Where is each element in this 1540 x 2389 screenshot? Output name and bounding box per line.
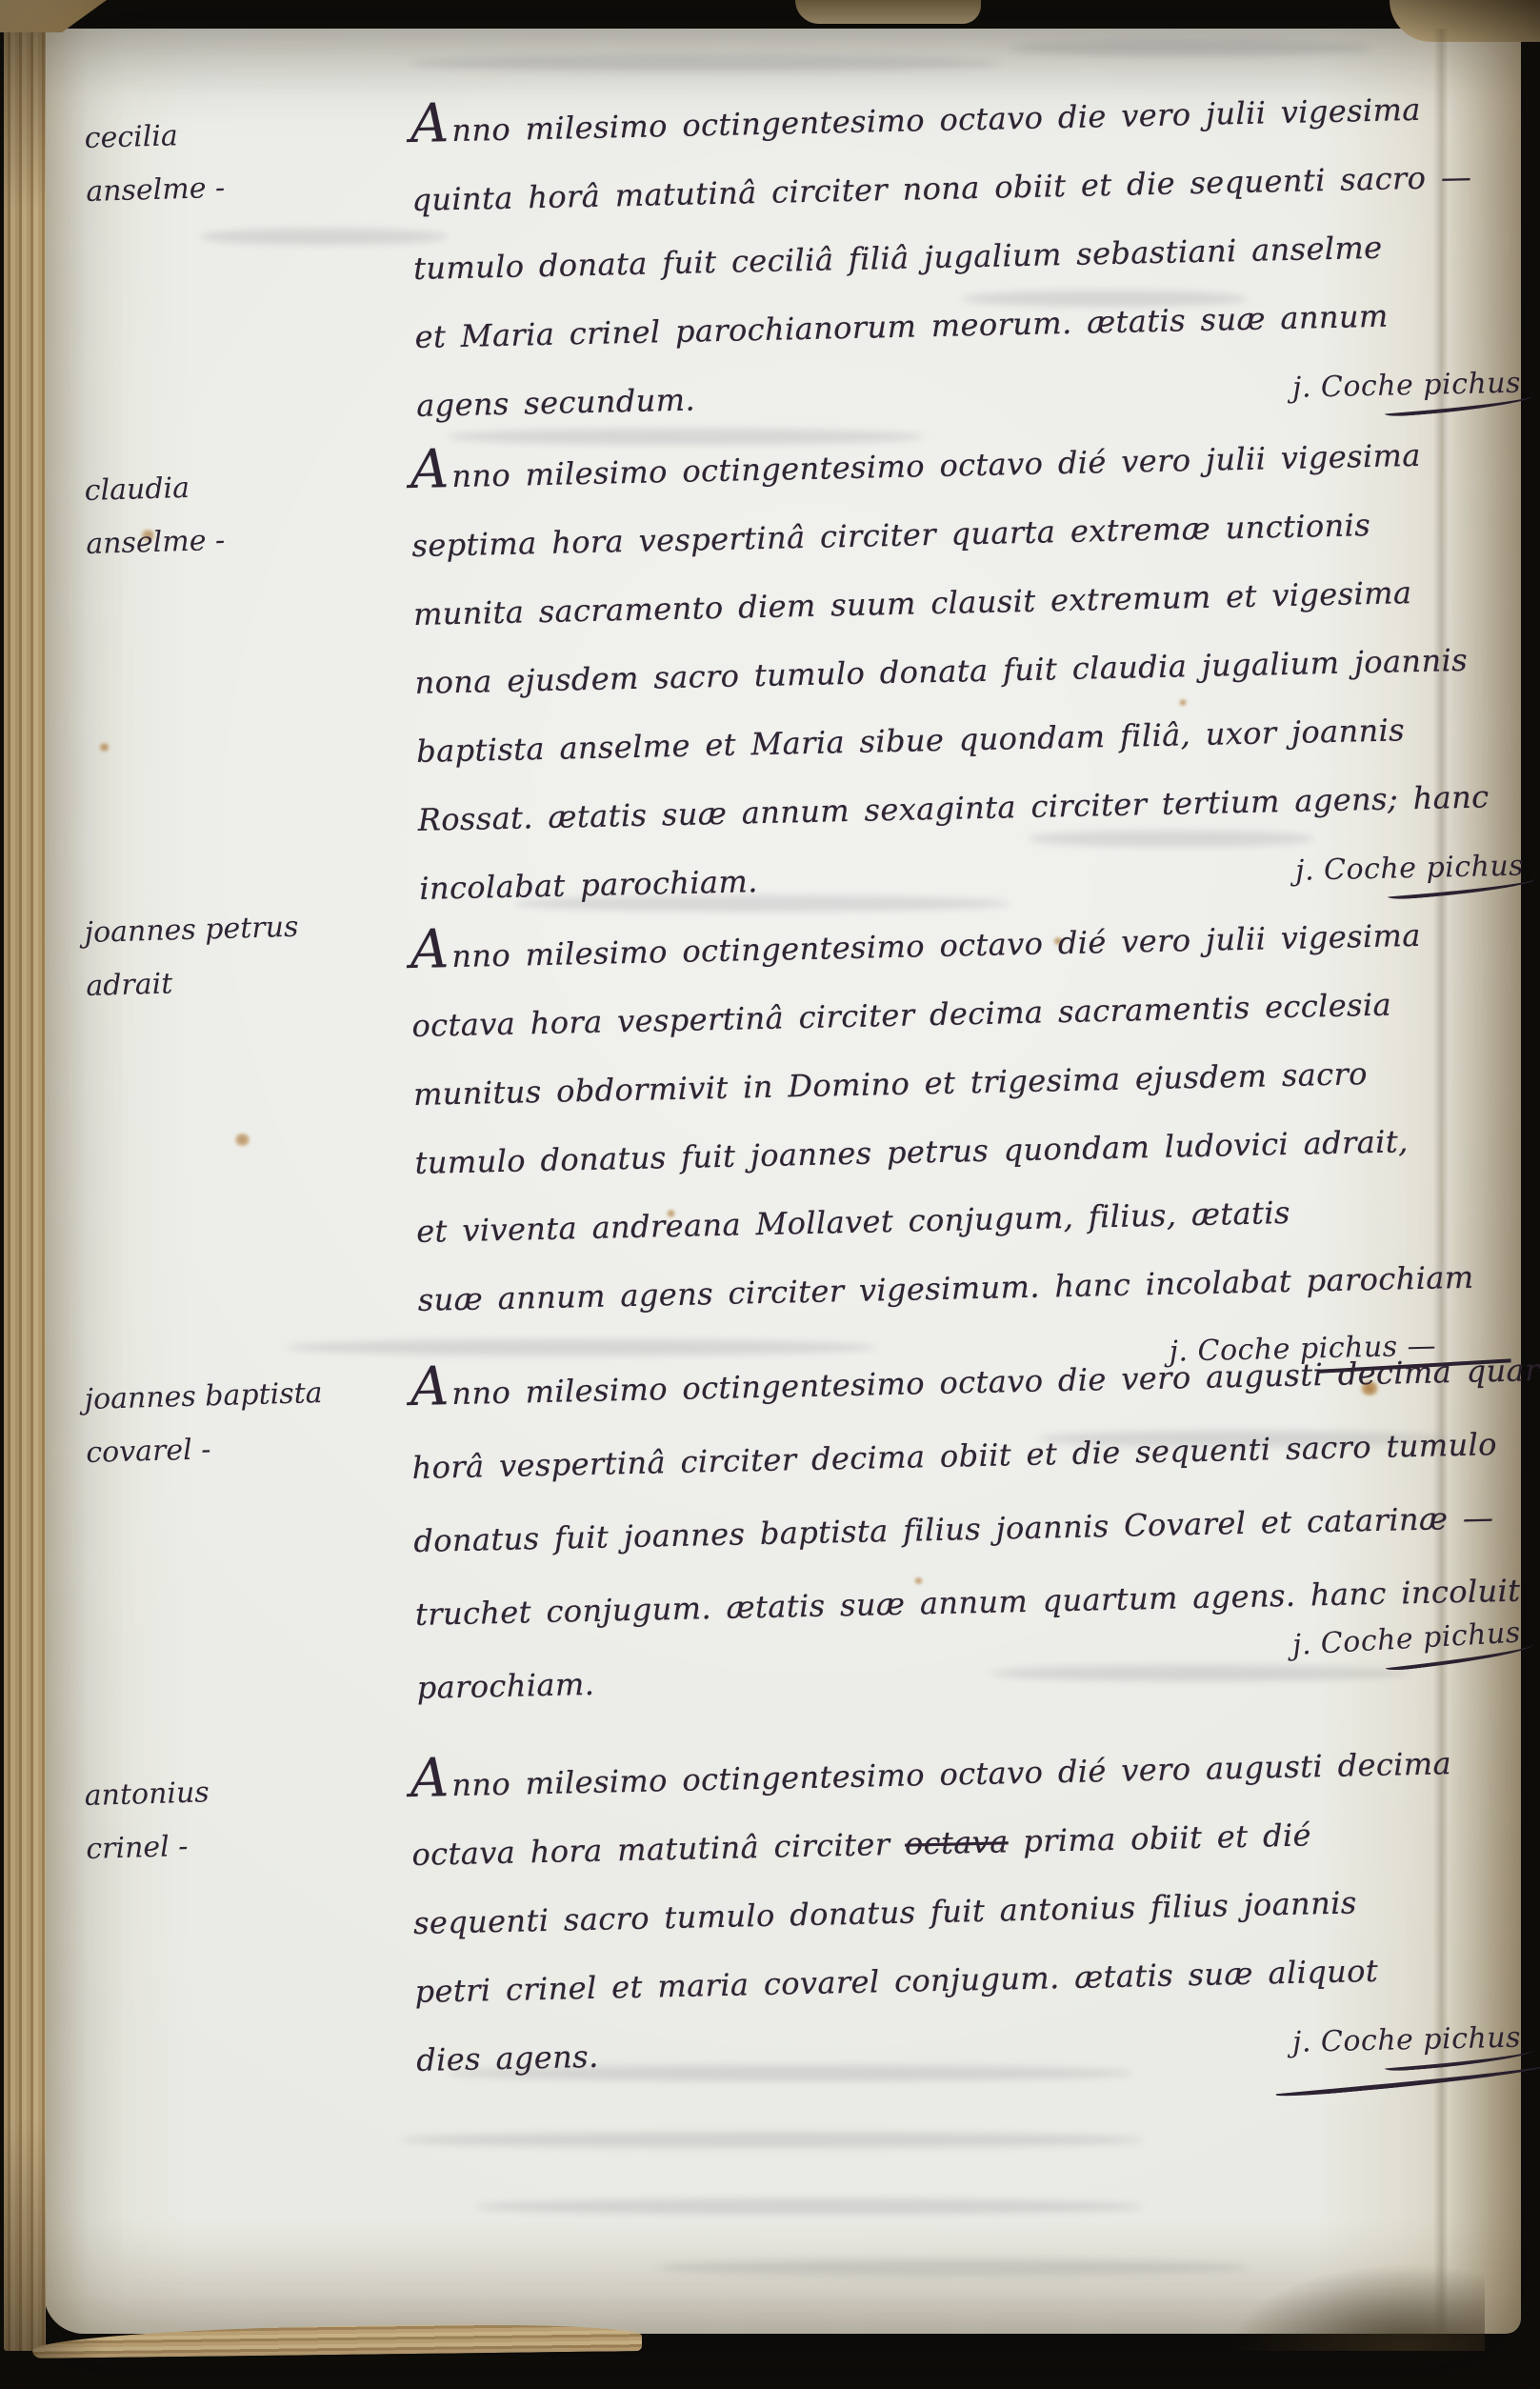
line-segment: prima obiit et dié — [1008, 1817, 1311, 1859]
margin-name: antonius crinel - — [84, 1761, 401, 1877]
register-entries: cecilia anselme - Anno milesimo octingen… — [0, 0, 1540, 2389]
struck-out-word: octava — [905, 1823, 1009, 1861]
burial-record-antonius-crinel: antonius crinel - Anno milesimo octingen… — [0, 0, 1540, 2389]
margin-name-line: crinel - — [86, 1815, 401, 1877]
line-segment: octava hora matutinâ circiter — [411, 1826, 905, 1873]
margin-name-line: antonius — [84, 1761, 399, 1823]
priest-signature: j. Coche pichus — [1291, 2004, 1521, 2078]
record-line: dies agens. — [415, 2022, 599, 2095]
record-body: Anno milesimo octingentesimo octavo dié … — [410, 1721, 1522, 2097]
scanned-manuscript-page: { "records": [ { "margin_name": ["cecili… — [0, 0, 1540, 2389]
